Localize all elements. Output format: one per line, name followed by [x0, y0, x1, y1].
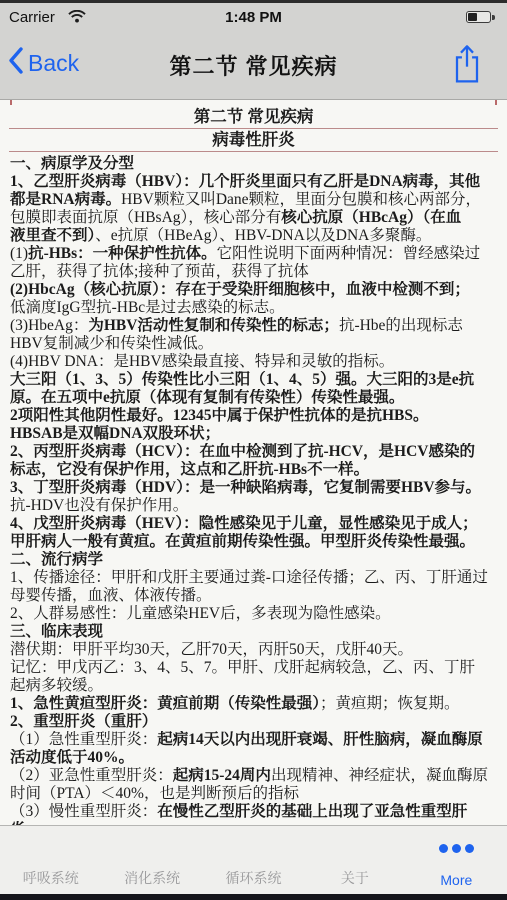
tab-more[interactable]: More: [406, 826, 507, 894]
doc-line: 液里查不到）、e抗原（HBeAg）、HBV-DNA以及DNA多聚酶。: [0, 227, 507, 245]
tab-label: 消化系统: [124, 868, 180, 888]
battery-fill: [468, 13, 477, 21]
doc-line: 1、乙型肝炎病毒（HBV）：几个肝炎里面只有乙肝是DNA病毒，其他: [0, 173, 507, 191]
doc-line: 一、病原学及分型: [0, 155, 507, 173]
screen-top-edge: [0, 0, 507, 3]
doc-line: 时间（PTA）＜40%，也是判断预后的指标: [0, 785, 507, 803]
doc-line: 起病多较缓。: [0, 677, 507, 695]
doc-line: （3）慢性重型肝炎：在慢性乙型肝炎的基础上出现了亚急性重型肝: [0, 803, 507, 821]
table-border-tick-left: [10, 100, 12, 105]
doc-line: 2、重型肝炎（重肝）: [0, 713, 507, 731]
clock-label: 1:48 PM: [0, 9, 507, 26]
tab-label: More: [440, 872, 472, 888]
top-chrome: Carrier 1:48 PM Ba: [0, 0, 507, 100]
tab-bar: 呼吸系统消化系统循环系统关于More: [0, 825, 507, 894]
tab-circulatory-system[interactable]: 循环系统: [203, 826, 304, 894]
doc-line: (4)HBV DNA：是HBV感染最直接、特异和灵敏的指标。: [0, 353, 507, 371]
heading-rule: [9, 151, 498, 152]
tab-about[interactable]: 关于: [304, 826, 405, 894]
document-section-heading: 第二节 常见疾病: [0, 106, 507, 127]
screen-bottom-edge: [0, 894, 507, 900]
doc-line: 2项阳性其他阴性最好。12345中属于保护性抗体的是抗HBS。: [0, 407, 507, 425]
document-scroll-area[interactable]: 第二节 常见疾病 病毒性肝炎 一、病原学及分型1、乙型肝炎病毒（HBV）：几个肝…: [0, 100, 507, 825]
doc-line: 三、临床表现: [0, 623, 507, 641]
doc-line: 甲肝病人一般有黄疸。在黄疸前期传染性强。甲型肝炎传染性最强。: [0, 533, 507, 551]
doc-line: 1、传播途径：甲肝和戊肝主要通过粪-口途径传播；乙、丙、丁肝通过: [0, 569, 507, 587]
app-screen: Carrier 1:48 PM Ba: [0, 0, 507, 900]
doc-line: 活动度低于40%。: [0, 749, 507, 767]
document-topic-heading: 病毒性肝炎: [0, 129, 507, 150]
battery-icon: [466, 11, 491, 23]
doc-line: (2)HbcAg（核心抗原）：存在于受染肝细胞核中，血液中检测不到；: [0, 281, 507, 299]
doc-line: HBSAB是双幅DNA双股环状；: [0, 425, 507, 443]
doc-line: 乙肝，获得了抗体;接种了预苗，获得了抗体: [0, 263, 507, 281]
table-border-tick-right: [495, 100, 497, 105]
doc-line: 抗-HDV也没有保护作用。: [0, 497, 507, 515]
doc-line: 原。在五项中e抗原（体现有复制有传染性）传染性最强。: [0, 389, 507, 407]
tab-label: 关于: [341, 868, 369, 888]
doc-line: 低滴度IgG型抗-HBc是过去感染的标志。: [0, 299, 507, 317]
doc-line: 二、流行病学: [0, 551, 507, 569]
navigation-bar: Back 第二节 常见疾病: [0, 33, 507, 100]
tab-digestive-system[interactable]: 消化系统: [101, 826, 202, 894]
more-dots-icon: [439, 833, 474, 863]
doc-line: 记忆：甲戊丙乙：3、4、5、7。甲肝、戊肝起病较急，乙、丙、丁肝: [0, 659, 507, 677]
tab-respiratory-system[interactable]: 呼吸系统: [0, 826, 101, 894]
doc-line: 大三阳（1、3、5）传染性比小三阳（1、4、5）强。大三阳的3是e抗: [0, 371, 507, 389]
battery-nub: [492, 15, 495, 20]
doc-line: 3、丁型肝炎病毒（HDV）：是一种缺陷病毒，它复制需要HBV参与。: [0, 479, 507, 497]
tab-label: 循环系统: [226, 868, 282, 888]
document-lines: 一、病原学及分型1、乙型肝炎病毒（HBV）：几个肝炎里面只有乙肝是DNA病毒，其…: [0, 155, 507, 825]
doc-line: 4、戊型肝炎病毒（HEV）：隐性感染见于儿童，显性感染见于成人；: [0, 515, 507, 533]
doc-line: （1）急性重型肝炎：起病14天以内出现肝衰竭、肝性脑病，凝血酶原: [0, 731, 507, 749]
page-title: 第二节 常见疾病: [0, 50, 507, 81]
doc-line: 母婴传播，血液、体液传播。: [0, 587, 507, 605]
doc-line: 潜伏期：甲肝平均30天，乙肝70天，丙肝50天，戊肝40天。: [0, 641, 507, 659]
doc-line: 1、急性黄疸型肝炎：黄疸前期（传染性最强）；黄疸期；恢复期。: [0, 695, 507, 713]
doc-line: 包膜即表面抗原（HBsAg），核心部分有核心抗原（HBcAg）（在血: [0, 209, 507, 227]
tab-label: 呼吸系统: [23, 868, 79, 888]
doc-line: 2、丙型肝炎病毒（HCV）：在血中检测到了抗-HCV，是HCV感染的: [0, 443, 507, 461]
status-bar: Carrier 1:48 PM: [0, 3, 507, 33]
doc-line: 标志，它没有保护作用，这点和乙肝抗-HBs不一样。: [0, 461, 507, 479]
doc-line: (3)HbeAg：为HBV活动性复制和传染性的标志；抗-Hbe的出现标志: [0, 317, 507, 335]
doc-line: （2）亚急性重型肝炎：起病15-24周内出现精神、神经症状，凝血酶原: [0, 767, 507, 785]
share-button[interactable]: [451, 43, 485, 87]
doc-line: 都是RNA病毒。HBV颗粒又叫Dane颗粒，里面分包膜和核心两部分，: [0, 191, 507, 209]
doc-line: 2、人群易感性：儿童感染HEV后，多表现为隐性感染。: [0, 605, 507, 623]
doc-line: (1)抗-HBs：一种保护性抗体。它阳性说明下面两种情况：曾经感染过: [0, 245, 507, 263]
doc-line: HBV复制减少和传染性减低。: [0, 335, 507, 353]
